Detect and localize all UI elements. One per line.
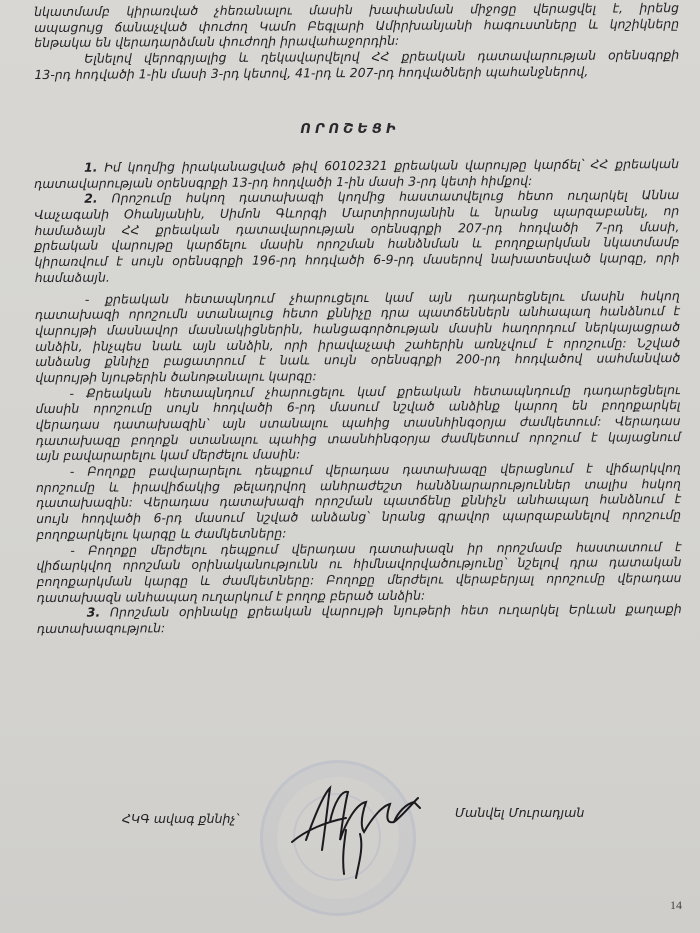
item-number: 1.: [84, 160, 98, 175]
text-line: Իմ կողմից իրականացված թիվ 60102321 քրեակ…: [104, 156, 679, 175]
page-number: 14: [670, 898, 682, 913]
decision-heading: ՈՐՈՇԵՑԻ: [0, 122, 700, 137]
intro-paragraph: նկատմամբ կիրառված չհեռանալու մասին խափան…: [34, 0, 679, 82]
text-line: դատախազություն:: [37, 617, 682, 637]
signer-title: ՀԿԳ ավագ քննիչ՝: [122, 811, 239, 826]
decision-body: 1. Իմ կողմից իրականացված թիվ 60102321 քր…: [34, 156, 682, 637]
signer-name: Մանվել Մուրադյան: [455, 805, 584, 820]
document-page: նկատմամբ կիրառված չհեռանալու մասին խափան…: [0, 0, 700, 933]
item-number: 2.: [84, 191, 98, 206]
text-line: Որոշման օրինակը քրեական վարույթի նյութեր…: [110, 601, 682, 619]
text-line: 13-րդ հոդվածի 1-ին մասի 3-րդ կետով, 41-ր…: [34, 63, 679, 83]
handwritten-signature-icon: [286, 782, 436, 882]
item-number: 3.: [87, 605, 101, 620]
